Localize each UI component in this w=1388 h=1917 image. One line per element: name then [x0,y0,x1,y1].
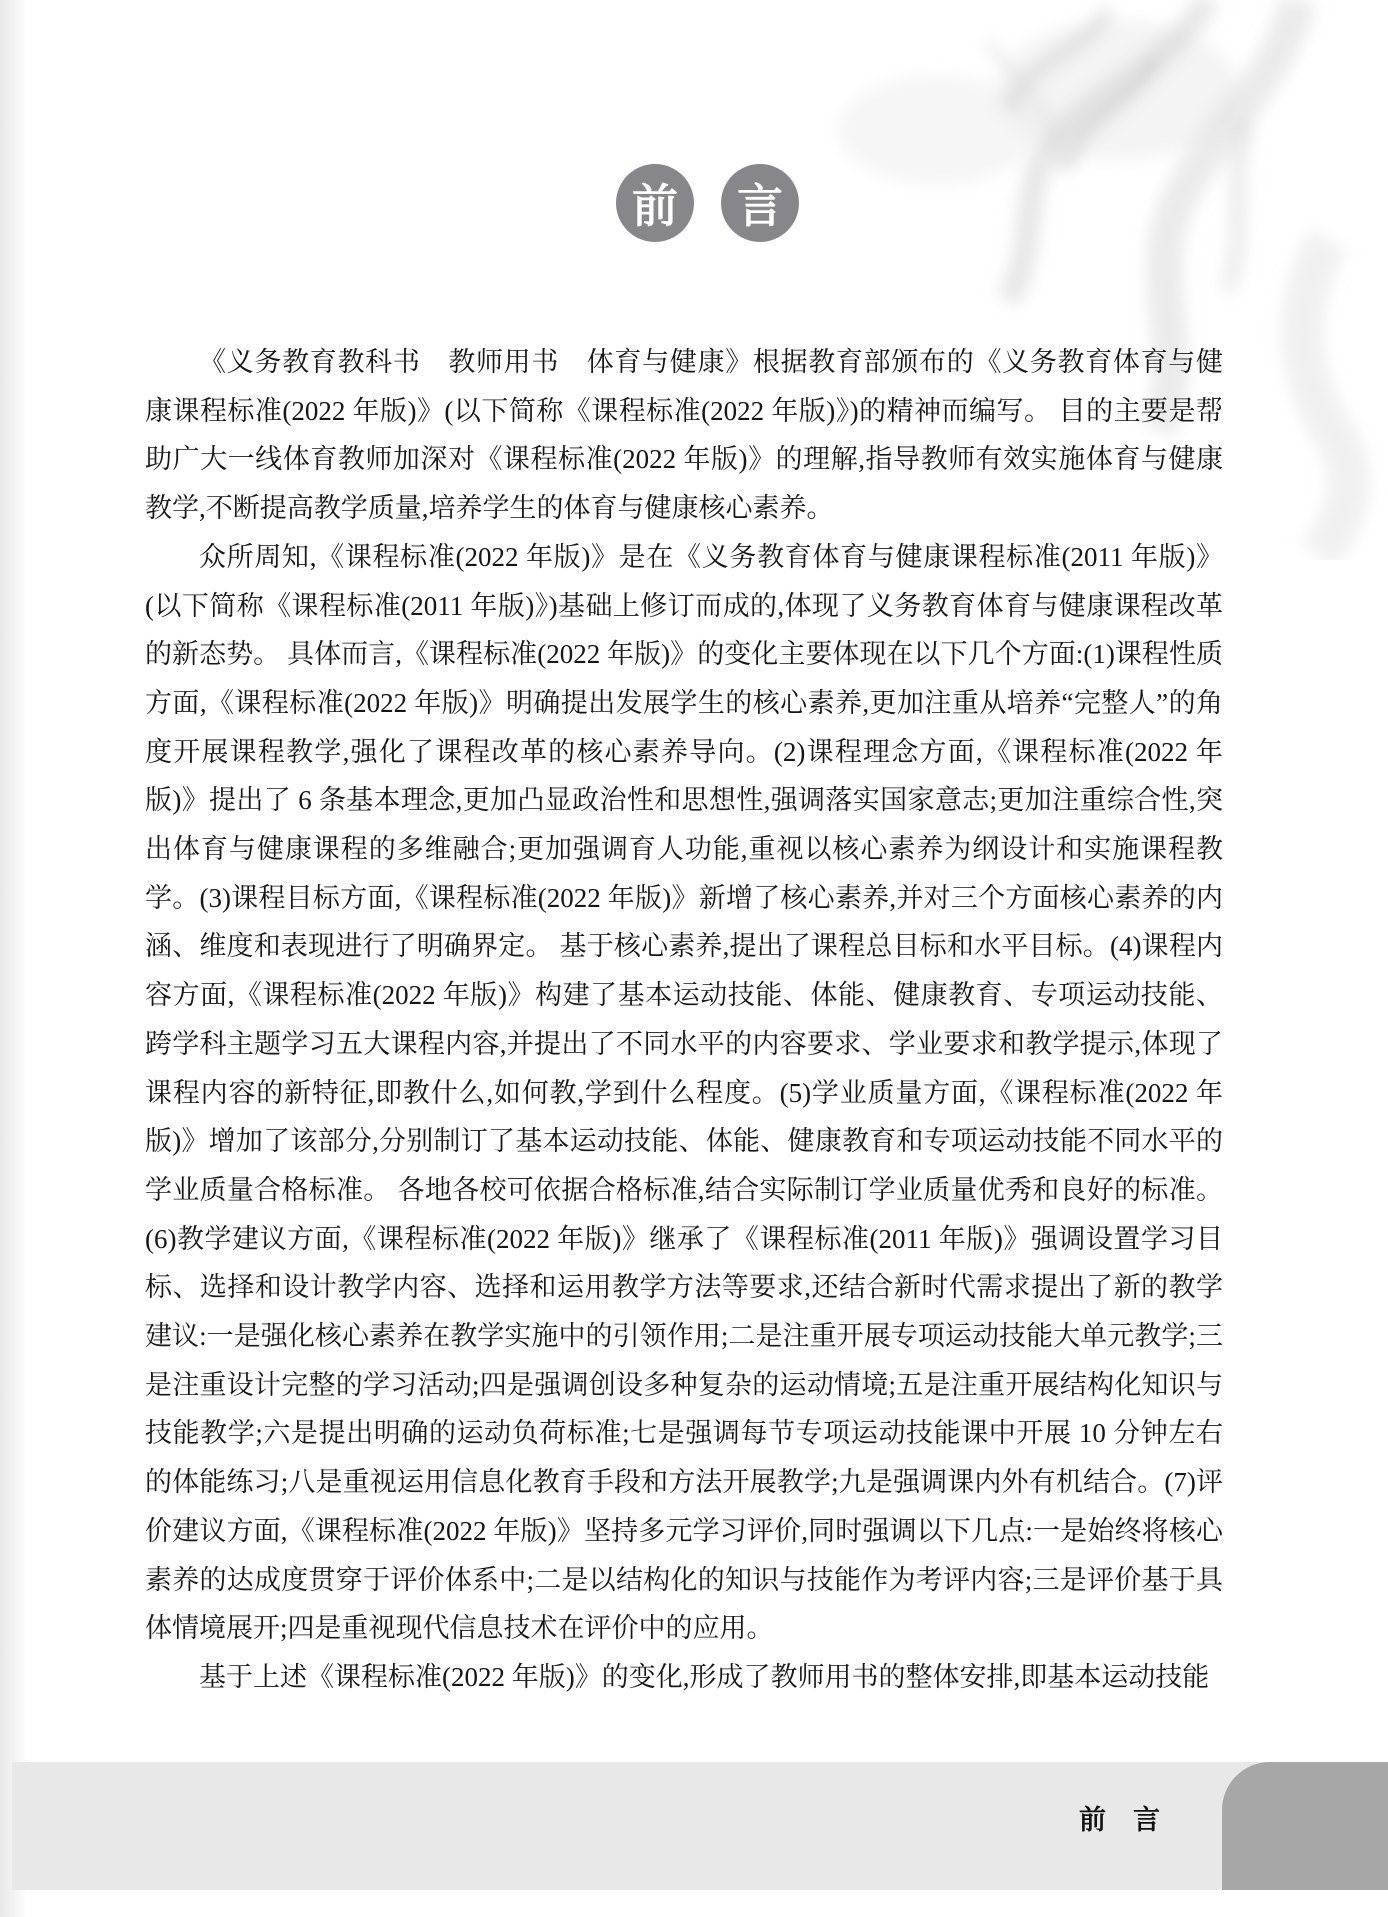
preface-badge-char-2: 言 [737,170,783,236]
preface-body: 《义务教育教科书 教师用书 体育与健康》根据教育部颁布的《义务教育体育与健康课程… [145,338,1223,1702]
preface-badge-circle-2: 言 [721,164,799,242]
footer-corner-tab [1222,1762,1388,1890]
page: 前 言 《义务教育教科书 教师用书 体育与健康》根据教育部颁布的《义务教育体育与… [0,0,1388,1917]
preface-paragraph-1: 《义务教育教科书 教师用书 体育与健康》根据教育部颁布的《义务教育体育与健康课程… [145,338,1223,533]
preface-paragraph-3: 基于上述《课程标准(2022 年版)》的变化,形成了教师用书的整体安排,即基本运… [145,1653,1223,1702]
page-left-gradient [0,0,28,1917]
preface-paragraph-2: 众所周知,《课程标准(2022 年版)》是在《义务教育体育与健康课程标准(201… [145,533,1223,1653]
footer-band: 前 言 [12,1762,1388,1890]
preface-badge-circle-1: 前 [616,164,694,242]
preface-badge-char-1: 前 [632,170,678,236]
footer-page-label: 前 言 [1079,1798,1160,1837]
preface-title-badges: 前 言 [616,164,799,242]
